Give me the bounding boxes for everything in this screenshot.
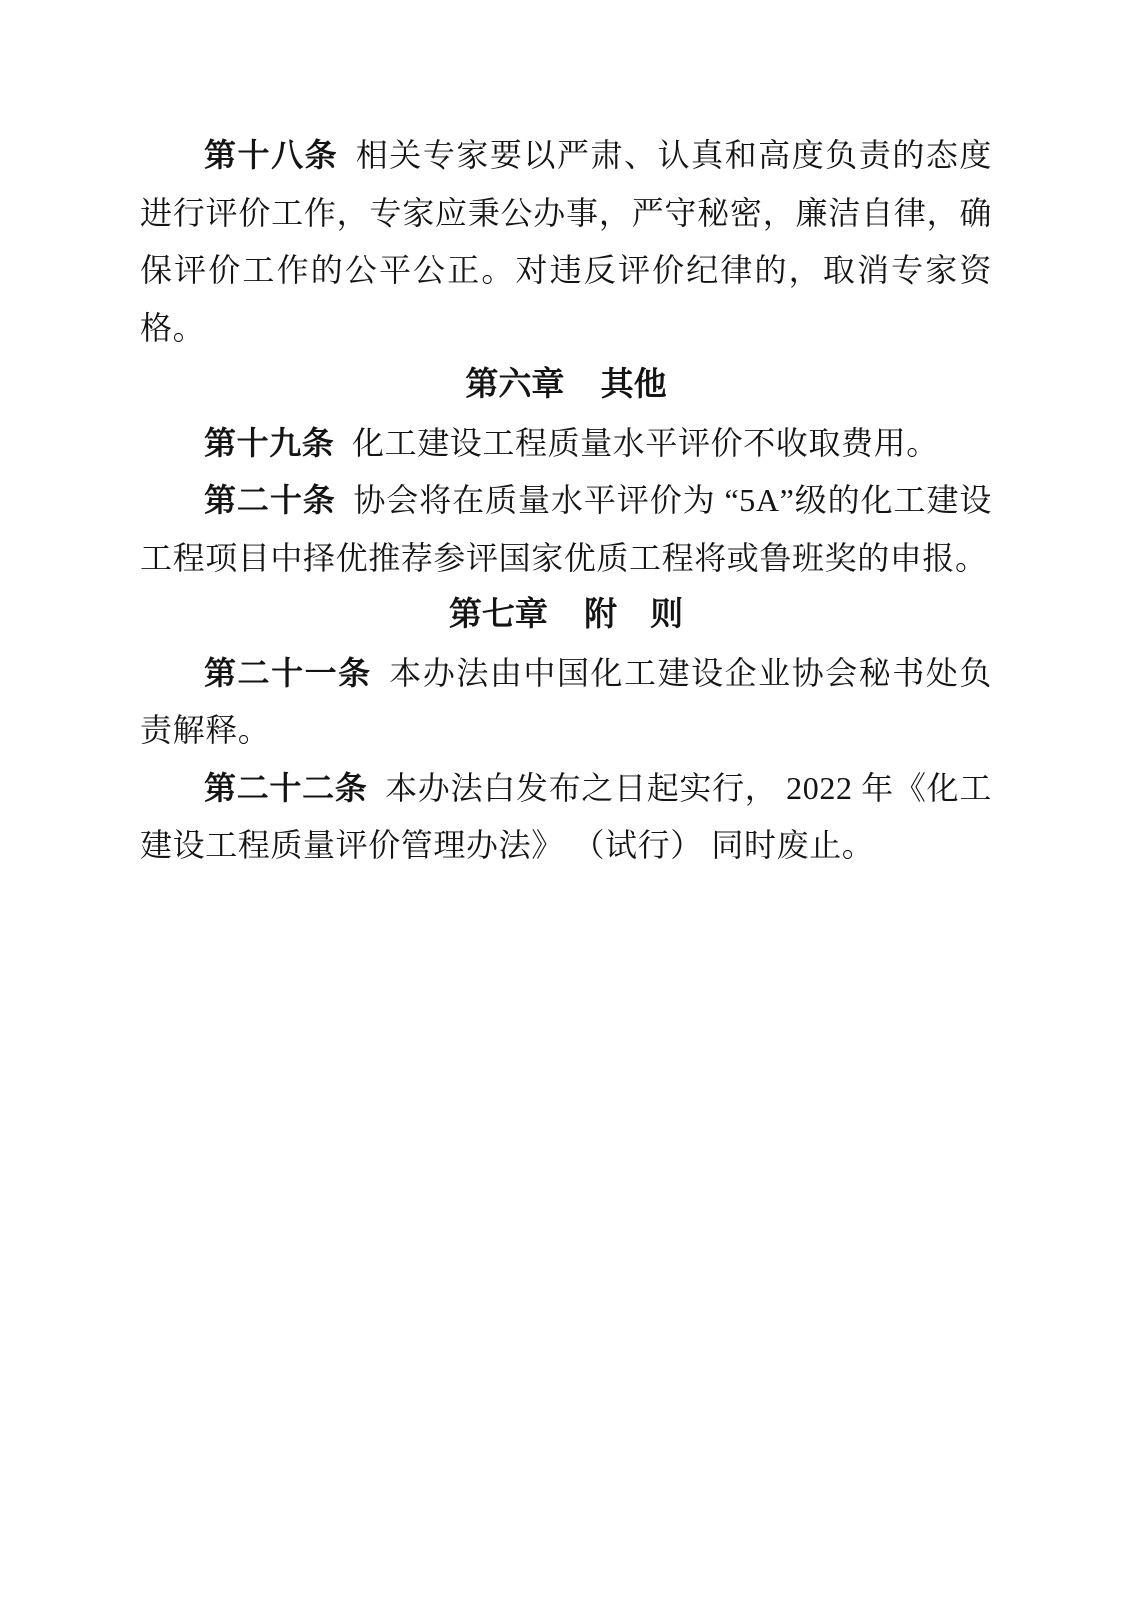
article-paragraph: 第二十一条本办法由中国化工建设企业协会秘书处负责解释。 [140, 645, 992, 760]
article-paragraph: 第二十条协会将在质量水平评价为 “5A”级的化工建设工程项目中择优推荐参评国家优… [140, 472, 992, 587]
article-number: 第二十二条 [204, 770, 368, 806]
chapter-title: 其他 [601, 367, 667, 403]
chapter-number: 第六章 [465, 367, 564, 403]
document-content: 第十八条相关专家要以严肃、认真和高度负责的态度进行评价工作，专家应秉公办事，严守… [140, 127, 992, 875]
article-number: 第二十条 [204, 482, 336, 518]
article-text: 化工建设工程质量水平评价不收取费用。 [352, 425, 939, 461]
chapter-title: 附 则 [584, 597, 683, 633]
article-paragraph: 第十九条化工建设工程质量水平评价不收取费用。 [140, 415, 992, 473]
chapter-heading: 第七章附 则 [140, 587, 992, 645]
article-number: 第十九条 [204, 425, 334, 461]
article-number: 第二十一条 [204, 655, 372, 691]
chapter-heading: 第六章其他 [140, 357, 992, 415]
article-number: 第十八条 [204, 137, 338, 173]
article-paragraph: 第二十二条本办法白发布之日起实行， 2022 年《化工建设工程质量评价管理办法》… [140, 760, 992, 875]
chapter-number: 第七章 [449, 597, 548, 633]
article-paragraph: 第十八条相关专家要以严肃、认真和高度负责的态度进行评价工作，专家应秉公办事，严守… [140, 127, 992, 357]
